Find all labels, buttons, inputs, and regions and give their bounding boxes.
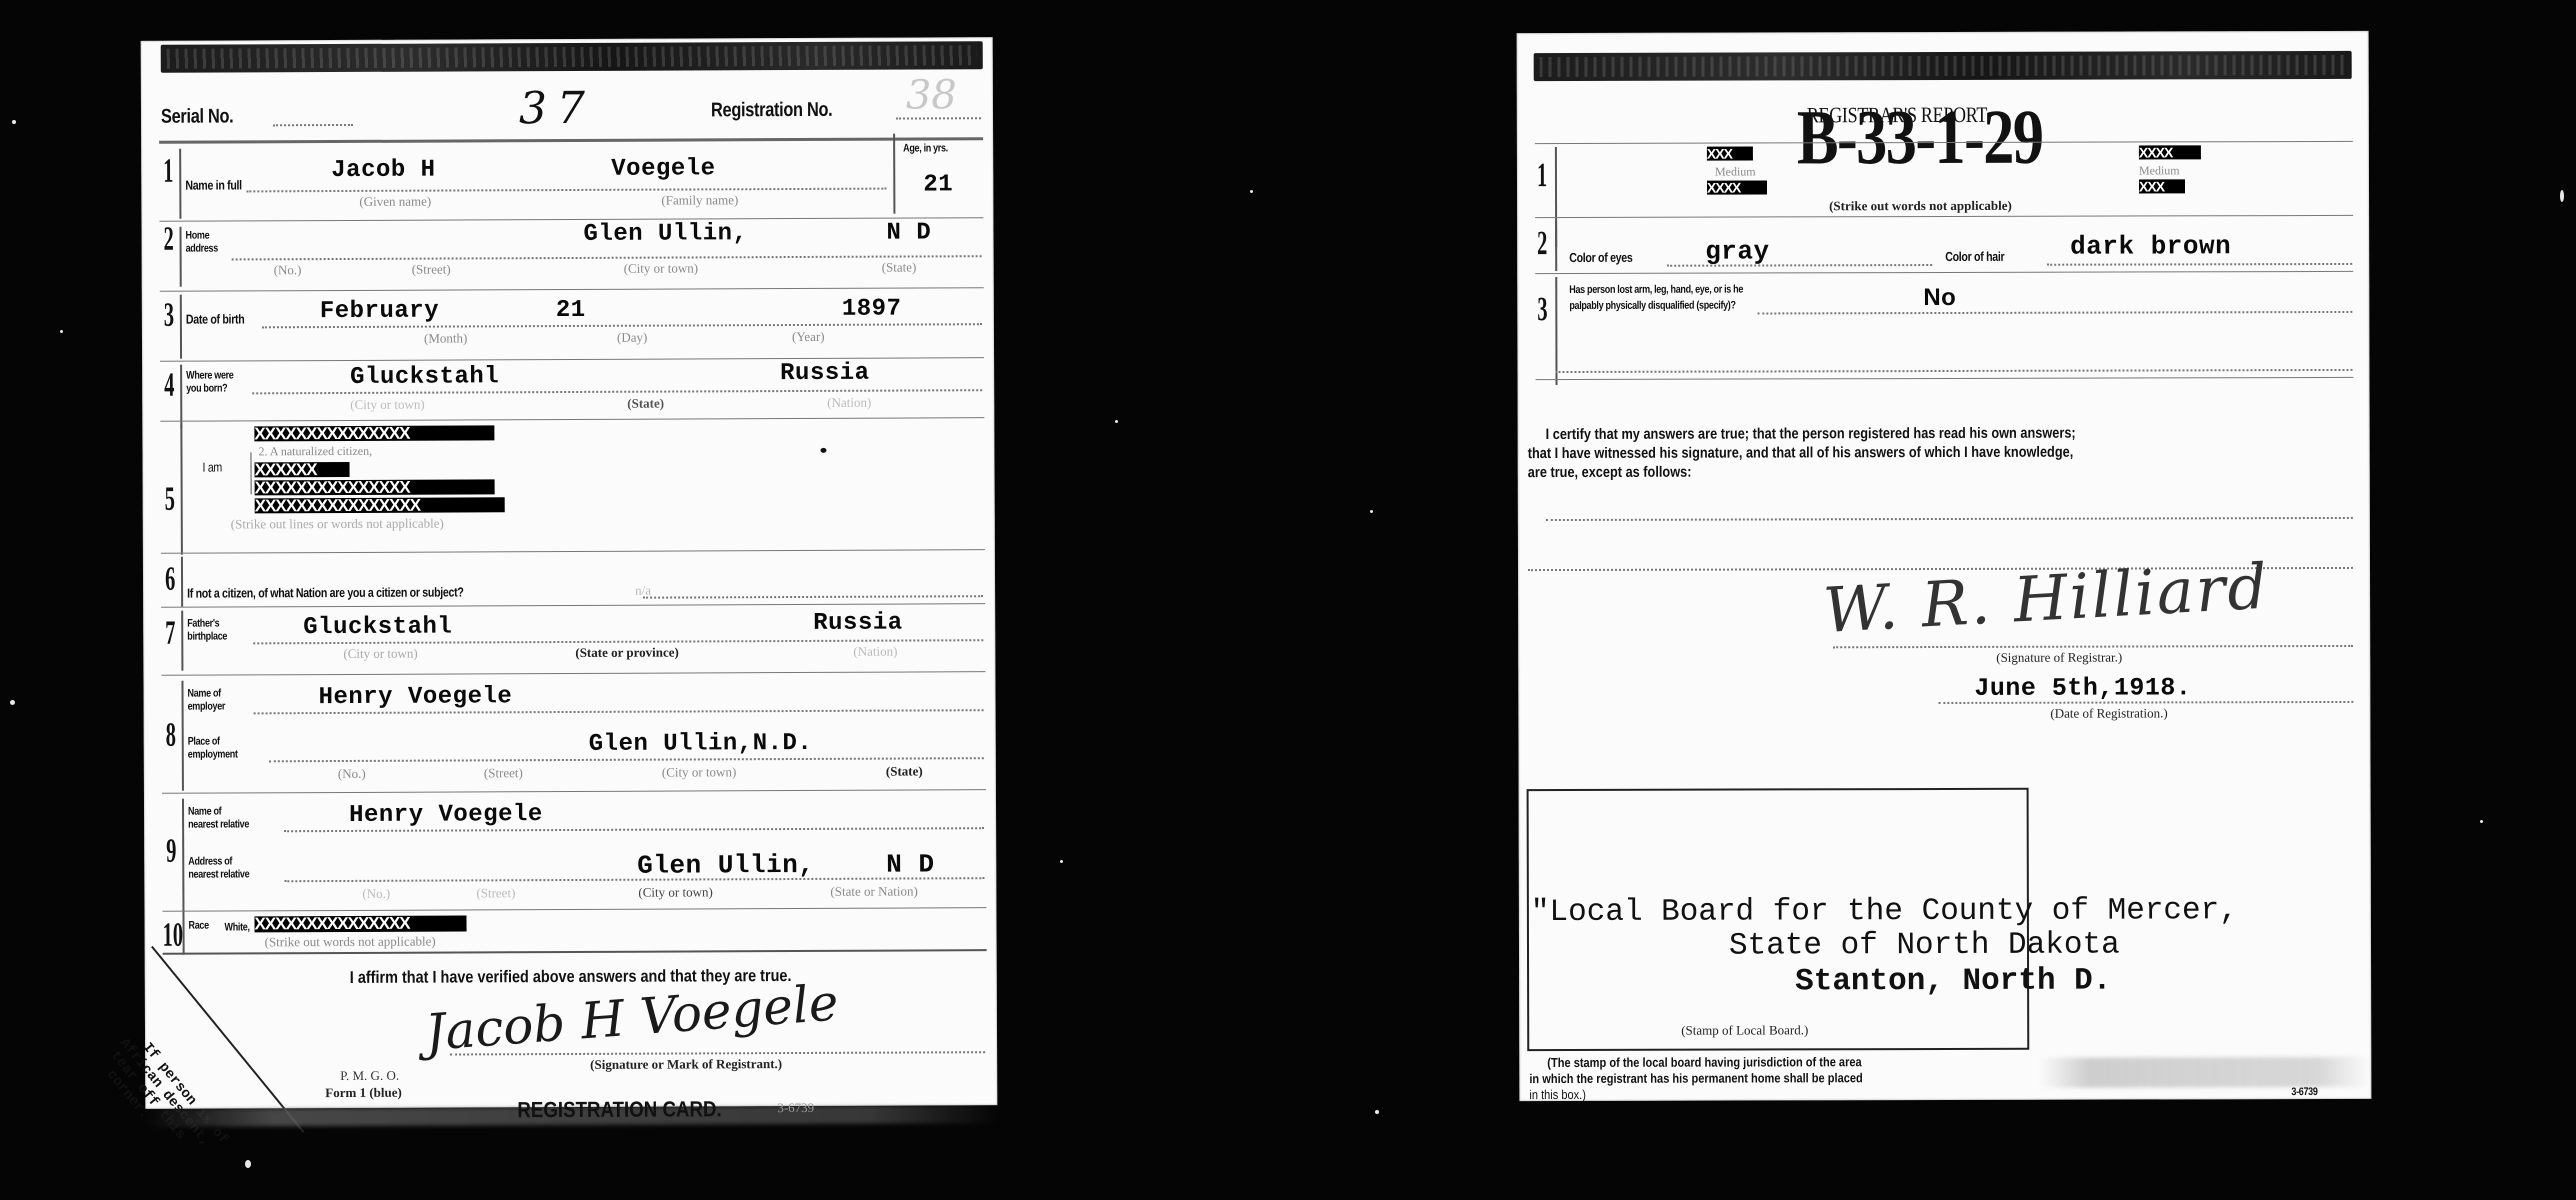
scan-speck — [1250, 190, 1253, 193]
signature-hint: (Signature or Mark of Registrant.) — [590, 1056, 782, 1073]
exceptions-line-1 — [1546, 517, 2353, 521]
divider — [160, 287, 984, 292]
address-line — [232, 255, 982, 260]
row-number-10: 10 — [162, 917, 183, 955]
registrar-signature-hint: (Signature of Registrar.) — [1996, 650, 2122, 666]
employer-value: Henry Voegele — [318, 683, 512, 711]
hint-state: (State) — [627, 396, 664, 412]
row-6-rule — [181, 557, 183, 607]
eye-color-value: gray — [1705, 236, 1770, 266]
hint-street: (Street) — [484, 765, 523, 781]
card-header-bar — [1534, 51, 2352, 81]
citizen-option-2: 2. A naturalized citizen, — [258, 444, 372, 459]
eye-color-label: Color of eyes — [1569, 251, 1632, 264]
row-3-rule — [1555, 277, 1557, 385]
row-2-rule — [179, 227, 181, 287]
disqualification-line — [1757, 311, 2352, 315]
stamp-line-1: "Local Board for the County of Mercer, — [1531, 893, 2238, 930]
nearest-relative-label-2: nearest relative — [188, 819, 249, 830]
row-number-7: 7 — [165, 615, 175, 653]
citizen-option-3-struck: XXXXXX — [255, 462, 350, 477]
hint-year: (Year) — [792, 329, 825, 345]
registration-date-value: June 5th,1918. — [1974, 673, 2191, 703]
race-struck-options: XXXXXXXXXXXXXXX — [254, 915, 466, 932]
disqualification-line-2 — [1555, 369, 2352, 373]
home-address-label-1: Home — [186, 231, 210, 242]
disqualification-label-1: Has person lost arm, leg, hand, eye, or … — [1569, 285, 1743, 296]
stamped-card-number: B-33-1-29 — [1797, 92, 2043, 183]
i-am-label: I am — [203, 461, 222, 474]
registrar-signature: W. R. Hilliard — [1821, 550, 2270, 647]
registration-date-line — [1938, 701, 2353, 704]
hint-month: (Month) — [424, 330, 467, 346]
divider — [161, 671, 985, 676]
hint-city: (City or town) — [350, 397, 424, 413]
registration-no-value: 38 — [906, 72, 957, 118]
row-4-rule — [180, 365, 182, 429]
strike-out-hint: (Strike out words not applicable) — [1829, 198, 2012, 214]
family-name-value: Voegele — [611, 155, 715, 182]
hint-state: (State) — [882, 259, 917, 275]
relative-address-label-2: nearest relative — [188, 869, 249, 880]
build-option-slender-struck: XXXX — [2139, 145, 2201, 159]
scan-speck — [10, 700, 15, 705]
relative-city-value: Glen Ullin, — [637, 850, 814, 881]
row-number-3: 3 — [164, 297, 174, 335]
registration-date-hint: (Date of Registration.) — [2050, 705, 2167, 721]
i-am-bracket — [250, 452, 251, 494]
height-medium: Medium — [1715, 164, 1756, 179]
hint-street: (Street) — [476, 885, 515, 901]
scan-speck — [2560, 190, 2564, 202]
hint-street: (Street) — [412, 262, 451, 278]
hint-city: (City or town) — [343, 646, 417, 662]
where-born-label-1: Where were — [186, 370, 233, 381]
certification-line-3: are true, except as follows: — [1528, 463, 1692, 482]
citizen-option-1-struck: XXXXXXXXXXXXXXX — [254, 425, 494, 441]
employer-label-2: employer — [188, 702, 226, 713]
birth-nation-value: Russia — [780, 360, 870, 387]
divider — [1535, 271, 2353, 274]
row-number-3: 3 — [1537, 291, 1547, 329]
stamp-instructions-1: (The stamp of the local board having jur… — [1547, 1054, 1861, 1071]
scan-speck — [12, 120, 16, 124]
scan-speck — [245, 1160, 251, 1168]
registrant-signature: Jacob H Voegele — [423, 973, 840, 1062]
row-3-rule — [180, 295, 182, 359]
relative-address-label-1: Address of — [188, 856, 232, 867]
birth-city-value: Gluckstahl — [350, 363, 499, 391]
disqualification-value: No — [1923, 284, 1956, 312]
serial-no-value: 37 — [519, 83, 595, 134]
fathers-birthplace-label-1: Father's — [187, 619, 219, 630]
card-header-bar — [161, 41, 983, 73]
divider — [161, 603, 985, 608]
row-number-8: 8 — [166, 717, 176, 755]
row-8-rule — [181, 681, 183, 791]
footer-code: 3-6739 — [2291, 1087, 2317, 1098]
birth-day-value: 21 — [556, 297, 586, 324]
age-divider — [893, 134, 895, 214]
nearest-relative-label-1: Name of — [188, 807, 221, 818]
row-1-rule — [179, 149, 181, 219]
name-line — [246, 188, 886, 193]
stamp-instructions-2: in which the registrant has his permanen… — [1529, 1070, 1862, 1087]
citizen-option-5-struck: XXXXXXXXXXXXXXXX — [255, 497, 505, 513]
relative-state-value: N D — [886, 849, 934, 879]
ink-dot — [820, 448, 826, 453]
date-of-birth-label: Date of birth — [186, 312, 245, 325]
home-state-value: N D — [886, 219, 931, 246]
height-option-tall-struck: XXX — [1707, 146, 1753, 160]
scan-speck — [1060, 860, 1063, 863]
father-nation-value: Russia — [813, 610, 903, 637]
build-medium: Medium — [2139, 163, 2180, 178]
registrar-signature-line — [1833, 645, 2353, 648]
registration-card: Serial No. 37 Registration No. 38 1 Name… — [141, 37, 998, 1109]
certification-line-1: I certify that my answers are true; that… — [1546, 424, 2076, 444]
given-name-value: Jacob H — [331, 157, 435, 184]
hair-color-line — [2047, 263, 2352, 266]
row-7-rule — [181, 611, 183, 671]
scan-speck — [1370, 510, 1373, 513]
divider — [162, 907, 986, 912]
where-born-label-2: you born? — [186, 383, 227, 394]
age-value: 21 — [923, 171, 953, 198]
scan-speck — [60, 330, 63, 333]
row-number-2: 2 — [163, 221, 173, 259]
row-number-6: 6 — [165, 561, 175, 599]
birth-month-value: February — [320, 298, 439, 326]
citizen-option-4-struck: XXXXXXXXXXXXXXX — [255, 479, 495, 495]
fathers-birthplace-label-2: birthplace — [187, 631, 227, 642]
nearest-relative-value: Henry Voegele — [349, 801, 543, 829]
footer-code: 3-6739 — [777, 1100, 814, 1116]
place-of-employment-label-1: Place of — [188, 737, 220, 748]
stamp-hint: (Stamp of Local Board.) — [1681, 1022, 1808, 1038]
divider — [161, 549, 985, 554]
hint-nation: (Nation) — [827, 395, 871, 411]
row-5-rule — [180, 425, 183, 555]
scan-speck — [1375, 1110, 1379, 1114]
row-number-9: 9 — [166, 833, 176, 871]
form-code-1: P. M. G. O. — [340, 1068, 399, 1084]
height-option-short-struck: XXXX — [1707, 180, 1767, 194]
age-label: Age, in yrs. — [903, 143, 948, 154]
eye-color-line — [1667, 264, 1932, 267]
row-number-1: 1 — [1537, 157, 1547, 195]
registration-card-title: REGISTRATION CARD. — [517, 1096, 721, 1123]
build-option-stout-struck: XXX — [2139, 179, 2185, 193]
hint-no: (No.) — [274, 262, 302, 278]
given-name-hint: (Given name) — [359, 194, 431, 210]
hint-city: (City or town) — [624, 260, 698, 276]
hint-city: (City or town) — [662, 764, 736, 780]
relative-address-line — [284, 877, 984, 882]
faded-print — [2039, 1057, 2369, 1088]
nation-citizen-line — [643, 595, 983, 598]
race-label: Race — [189, 921, 209, 932]
hair-color-value: dark brown — [2070, 231, 2231, 261]
father-city-value: Gluckstahl — [303, 614, 452, 642]
home-city-value: Glen Ullin, — [583, 220, 747, 248]
certification-line-2: that I have witnessed his signature, and… — [1528, 443, 2074, 463]
divider — [1535, 215, 2353, 218]
hint-state: (State or Nation) — [830, 883, 917, 899]
nation-citizen-label: If not a citizen, of what Nation are you… — [187, 585, 463, 599]
race-value: White, — [225, 922, 250, 933]
row-9-rule — [182, 799, 185, 919]
scan-speck — [2480, 820, 2483, 823]
divider — [159, 217, 983, 222]
strike-out-hint: (Strike out lines or words not applicabl… — [231, 516, 444, 533]
row-number-4: 4 — [164, 367, 174, 405]
employment-place-value: Glen Ullin,N.D. — [589, 730, 813, 758]
tear-off-corner-note: If person is of African descent, tear of… — [86, 1019, 230, 1176]
stamp-line-2: State of North Dakota — [1729, 928, 2120, 964]
row-number-5: 5 — [165, 481, 175, 519]
hair-color-label: Color of hair — [1945, 250, 2004, 263]
row-number-2: 2 — [1537, 225, 1547, 263]
family-name-hint: (Family name) — [661, 192, 738, 208]
disqualification-label-2: palpably physically disqualified (specif… — [1569, 301, 1735, 312]
employment-line — [269, 757, 984, 762]
hint-state: (State) — [886, 763, 923, 779]
stamp-instructions-3: in this box.) — [1529, 1087, 1586, 1103]
form-code-2: Form 1 (blue) — [325, 1085, 402, 1101]
registration-no-label: Registration No. — [711, 100, 832, 121]
birth-year-value: 1897 — [842, 296, 902, 323]
home-address-label-2: address — [186, 244, 218, 255]
hint-nation: (Nation) — [853, 644, 897, 660]
registrars-report-card: REGISTRAR'S REPORT B-33-1-29 1 XXX Mediu… — [1517, 31, 2372, 1101]
scan-speck — [1115, 420, 1118, 423]
hint-state: (State or province) — [575, 645, 679, 661]
hint-no: (No.) — [362, 886, 390, 902]
serial-no-label: Serial No. — [161, 106, 233, 126]
hint-city: (City or town) — [638, 884, 712, 900]
hint-day: (Day) — [617, 330, 647, 346]
name-in-full-label: Name in full — [185, 178, 242, 191]
row-10-rule — [182, 915, 184, 955]
divider — [162, 789, 986, 794]
divider — [159, 137, 983, 144]
divider — [160, 417, 984, 422]
place-of-employment-label-2: employment — [188, 749, 238, 760]
row-number-1: 1 — [163, 153, 173, 191]
hint-no: (No.) — [338, 766, 366, 782]
row-2-rule — [1555, 221, 1557, 271]
employer-label-1: Name of — [188, 689, 221, 700]
race-hint: (Strike out words not applicable) — [265, 934, 436, 951]
serial-no-line — [273, 124, 353, 126]
divider — [1536, 377, 2354, 380]
stamp-line-3: Stanton, North D. — [1795, 964, 2111, 1000]
